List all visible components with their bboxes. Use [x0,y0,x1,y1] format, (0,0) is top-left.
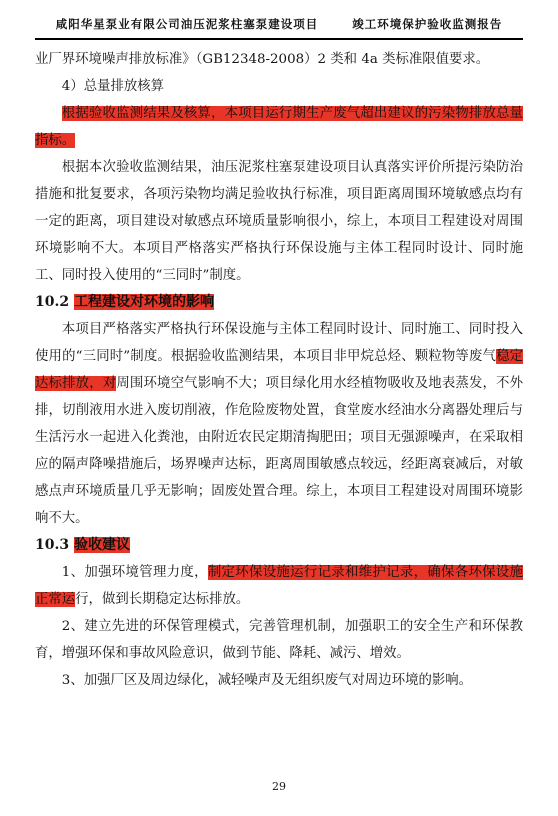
section-10-2-body-seg3: 周围环境空气影响不大；项目绿化用水经植物吸收及地表蒸发，不外排，切削液用水进入废… [35,376,523,526]
suggestion-item-1-prefix: 1、加强环境管理力度， [62,565,208,580]
para-emission-exceed: 根据验收监测结果及核算，本项目运行期生产废气超出建议的污染物排放总量指标。 [35,100,523,154]
para-monitor-conclusion: 根据本次验收监测结果，油压泥浆柱塞泵建设项目认真落实评价所提污染防治措施和批复要… [35,154,523,289]
header-divider [35,38,523,40]
section-10-3-title: 验收建议 [74,537,130,553]
suggestion-item-1-suffix: 行，做到长期稳定达标排放。 [75,592,249,607]
para-section-10-2-body: 本项目严格落实严格执行环保设施与主体工程同时设计、同时施工、同时投入使用的“三同… [35,316,523,532]
section-10-3-number: 10.3 [35,537,69,553]
section-10-2-number: 10.2 [35,294,69,310]
document-body: 业厂界环境噪声排放标准》（GB12348-2008）2 类和 4a 类标准限值要… [35,46,523,694]
section-10-2-title: 工程建设对环境的影响 [74,294,214,310]
para-noise-standard: 业厂界环境噪声排放标准》（GB12348-2008）2 类和 4a 类标准限值要… [35,46,523,73]
para-total-emission-title: 4）总量排放核算 [35,73,523,100]
header-report-title: 竣工环境保护验收监测报告 [352,16,502,32]
header-project-title: 咸阳华星泵业有限公司油压泥浆柱塞泵建设项目 [56,16,319,32]
suggestion-item-2: 2、建立先进的环保管理模式，完善管理机制，加强职工的安全生产和环保教育，增强环保… [35,613,523,667]
emission-exceed-highlight: 根据验收监测结果及核算，本项目运行期生产废气超出建议的污染物排放总量指标。 [35,106,523,148]
suggestion-item-1: 1、加强环境管理力度，制定环保设施运行记录和维护记录，确保各环保设施正常运行，做… [35,559,523,613]
suggestion-item-3: 3、加强厂区及周边绿化，减轻噪声及无组织废气对周边环境的影响。 [35,667,523,694]
section-10-3-heading: 10.3 验收建议 [35,532,523,559]
report-page: 咸阳华星泵业有限公司油压泥浆柱塞泵建设项目 竣工环境保护验收监测报告 业厂界环境… [0,0,558,816]
page-header: 咸阳华星泵业有限公司油压泥浆柱塞泵建设项目 竣工环境保护验收监测报告 [35,16,523,32]
page-number: 29 [0,780,558,793]
section-10-2-body-seg1: 本项目严格落实严格执行环保设施与主体工程同时设计、同时施工、同时投入使用的“三同… [35,322,523,364]
section-10-2-heading: 10.2 工程建设对环境的影响 [35,289,523,316]
